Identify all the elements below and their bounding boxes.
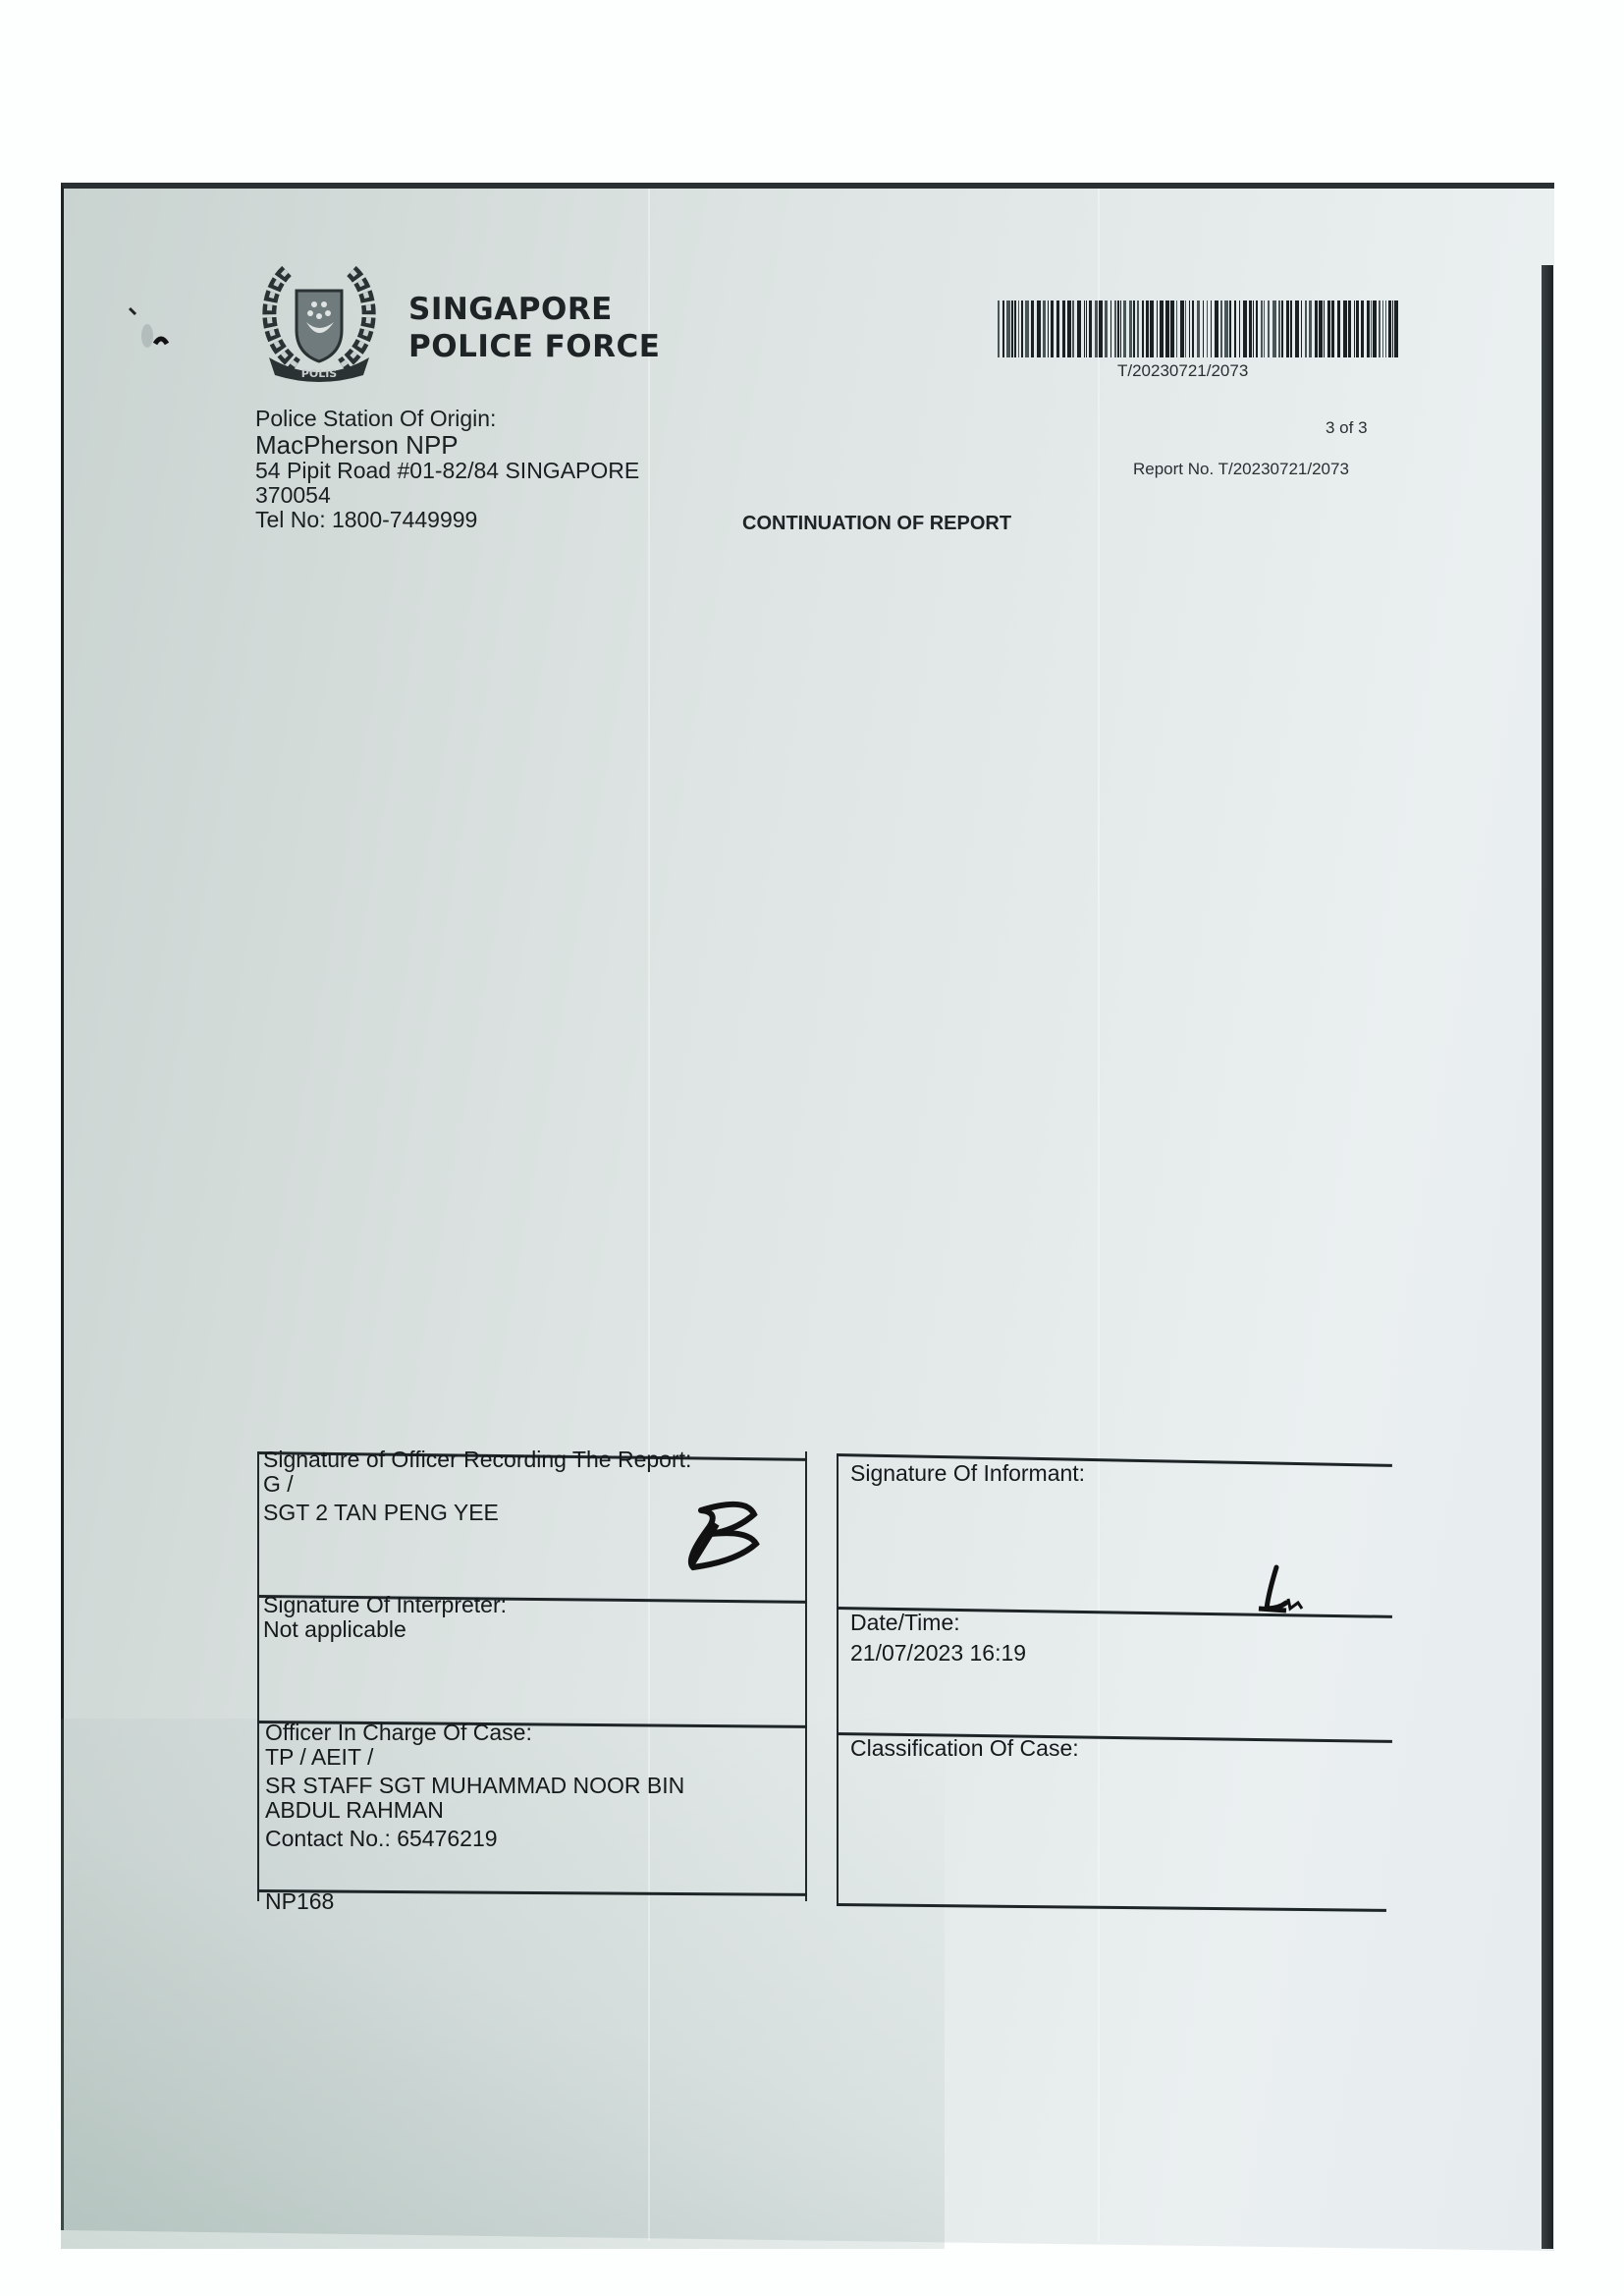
police-crest-icon: POLIS (257, 259, 381, 383)
classification-section: Classification Of Case: (850, 1736, 1079, 1761)
barcode (998, 301, 1404, 357)
oic-label: Officer In Charge Of Case: (265, 1721, 684, 1745)
page-edge-shadow (1542, 265, 1553, 2249)
recording-officer-label: Signature of Officer Recording The Repor… (263, 1448, 691, 1472)
station-tel: Tel No: 1800-7449999 (255, 508, 639, 532)
punch-hole-mark (126, 304, 175, 354)
oic-name-line2: ABDUL RAHMAN (265, 1798, 684, 1823)
oic-unit: TP / AEIT / (265, 1745, 684, 1770)
interpreter-section: Signature Of Interpreter: Not applicable (263, 1593, 507, 1642)
svg-text:POLIS: POLIS (301, 367, 338, 380)
fold-line (648, 189, 650, 2241)
officer-signature (677, 1501, 766, 1573)
org-name-line1: SINGAPORE (408, 291, 660, 328)
interpreter-label: Signature Of Interpreter: (263, 1593, 507, 1617)
organization-name: SINGAPORE POLICE FORCE (408, 291, 660, 365)
informant-signature (1257, 1563, 1306, 1618)
origin-label: Police Station Of Origin: (255, 407, 639, 431)
station-postal: 370054 (255, 483, 639, 508)
datetime-label: Date/Time: (850, 1611, 1026, 1635)
informant-box-left-edge (837, 1453, 839, 1905)
station-name: MacPherson NPP (255, 431, 639, 459)
oic-contact: Contact No.: 65476219 (265, 1827, 684, 1851)
classification-label: Classification Of Case: (850, 1736, 1079, 1761)
station-of-origin: Police Station Of Origin: MacPherson NPP… (255, 407, 639, 532)
informant-label: Signature Of Informant: (850, 1461, 1085, 1486)
station-address: 54 Pipit Road #01-82/84 SINGAPORE (255, 459, 639, 483)
fold-line (1098, 189, 1100, 2241)
officer-in-charge-section: Officer In Charge Of Case: TP / AEIT / S… (265, 1721, 684, 1851)
recording-officer-section: Signature of Officer Recording The Repor… (263, 1448, 691, 1525)
interpreter-value: Not applicable (263, 1617, 507, 1642)
datetime-section: Date/Time: 21/07/2023 16:19 (850, 1611, 1026, 1666)
report-number: Report No. T/20230721/2073 (1133, 460, 1349, 479)
page-count: 3 of 3 (1326, 418, 1368, 438)
document-title: CONTINUATION OF REPORT (742, 513, 1011, 535)
datetime-value: 21/07/2023 16:19 (850, 1641, 1026, 1666)
oic-name-line1: SR STAFF SGT MUHAMMAD NOOR BIN (265, 1774, 684, 1798)
org-name-line2: POLICE FORCE (408, 328, 660, 365)
form-code: NP168 (265, 1889, 334, 1914)
recording-officer-name: SGT 2 TAN PENG YEE (263, 1501, 691, 1525)
recording-officer-unit: G / (263, 1472, 691, 1497)
barcode-number: T/20230721/2073 (1117, 361, 1248, 381)
